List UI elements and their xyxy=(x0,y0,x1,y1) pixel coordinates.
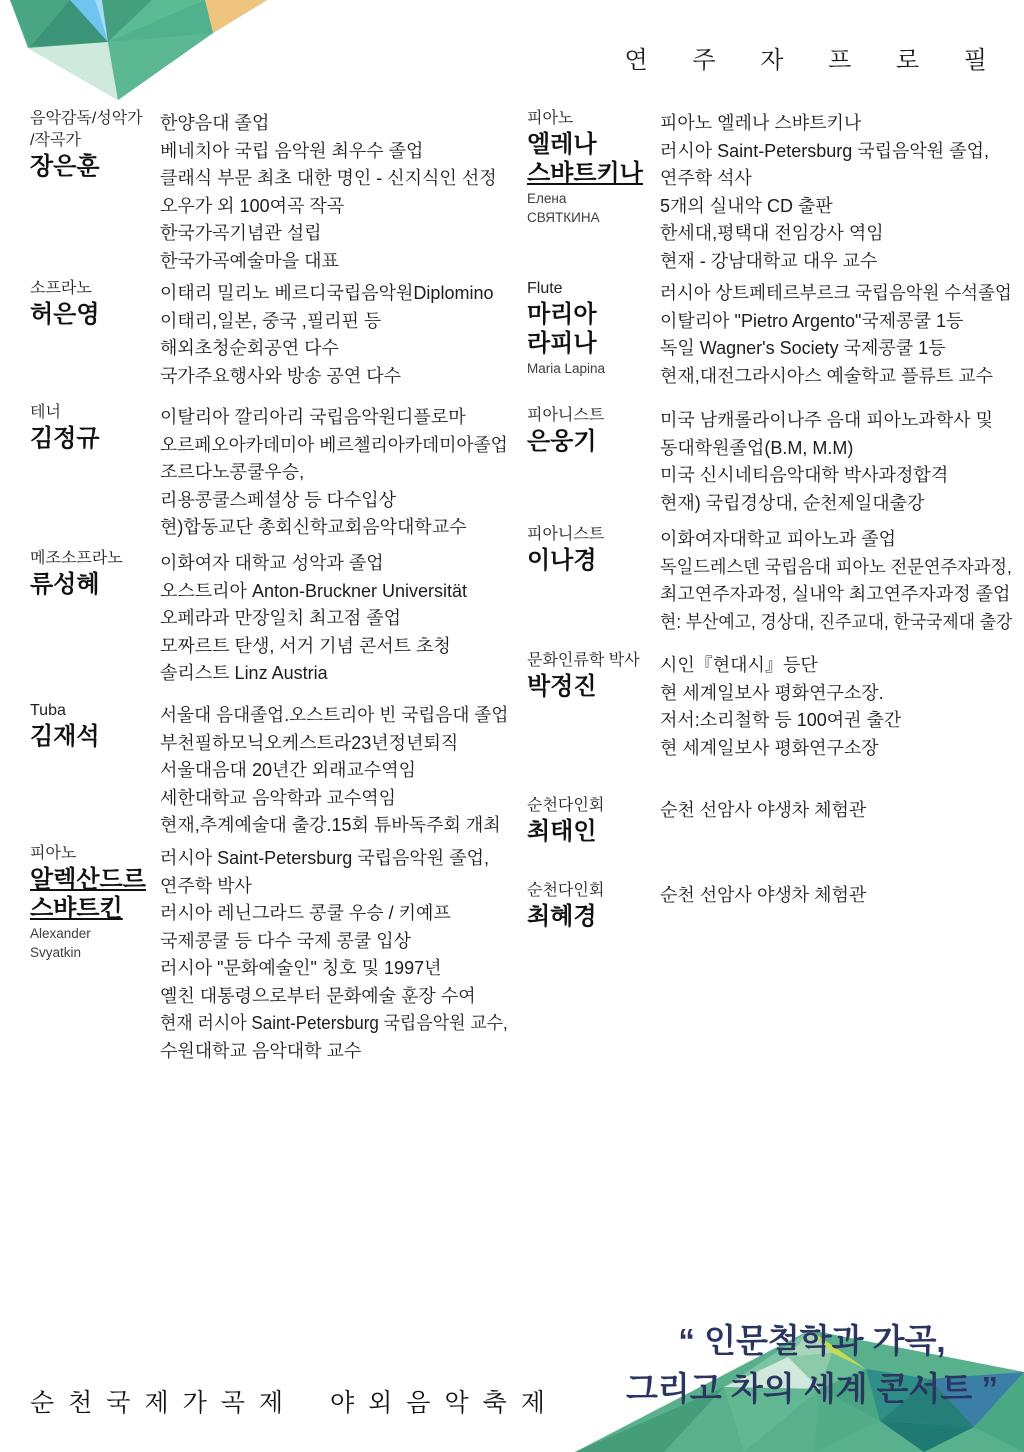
profile-header: 피아노엘레나스뱌트키나ЕленаСВЯТКИНА xyxy=(527,108,655,226)
profile-detail-line: 한세대,평택대 전임강사 역임 xyxy=(660,220,1012,248)
profile-detail-line: 러시아 "문화예술인" 칭호 및 1997년 xyxy=(160,955,508,983)
profile-detail-line: 독일드레스덴 국립음대 피아노 전문연주자과정, xyxy=(660,554,997,582)
profile-role: 순천다인회 xyxy=(527,880,655,902)
profile-detail-line: 부천필하모닉오케스트라23년정년퇴직 xyxy=(160,730,508,758)
profile-detail-line: 클래식 부문 최초 대한 명인 - 신지식인 선정 xyxy=(160,165,508,193)
profile-detail-line: 이태리 밀리노 베르디국립음악원Diplomino xyxy=(160,280,508,308)
profile-detail-line: 조르다노콩쿨우승, xyxy=(160,459,508,487)
profile-details: 이탈리아 깔리아리 국립음악원디플로마오르페오아카데미아 베르첼리아카데미아졸업… xyxy=(160,404,508,542)
profile-detail-line: 한국가곡기념관 설립 xyxy=(160,220,508,248)
profile-detail-line: 이탈리아 "Pietro Argento"국제콩쿨 1등 xyxy=(660,308,1012,336)
profile-detail-line: 최고연주자과정, 실내악 최고연주자과정 졸업 xyxy=(660,581,1012,609)
profile-detail-line: 현 세계일보사 평화연구소장. xyxy=(660,680,1012,708)
profile-detail-line: 오우가 외 100여곡 작곡 xyxy=(160,193,508,221)
profile-header: 문화인류학 박사박정진 xyxy=(527,650,655,701)
profile-name: 최태인 xyxy=(527,817,655,846)
profile-name: 박정진 xyxy=(527,672,655,701)
profile-header: 소프라노허은영 xyxy=(30,278,158,329)
profile-role: 순천다인회 xyxy=(527,795,655,817)
profile-detail-line: 현재 - 강남대학교 대우 교수 xyxy=(660,248,1012,276)
profile-name: 김재석 xyxy=(30,722,158,751)
profile-subname: Maria Lapina xyxy=(527,361,655,377)
profile-detail-line: 이화여자 대학교 성악과 졸업 xyxy=(160,550,508,578)
profile-detail-line: 수원대학교 음악대학 교수 xyxy=(160,1038,508,1066)
profile-detail-line: 세한대학교 음악학과 교수역임 xyxy=(160,785,508,813)
profile-detail-line: 동대학원졸업(B.M, M.M) xyxy=(660,435,1012,463)
profile-detail-line: 한국가곡예술마을 대표 xyxy=(160,248,508,276)
profile-detail-line: 현재,대전그라시아스 예술학교 플류트 교수 xyxy=(660,363,1012,391)
profile-role: Flute xyxy=(527,278,655,300)
profile-detail-line: 서울대 음대졸업.오스트리아 빈 국립음대 졸업 xyxy=(160,702,501,730)
profile-detail-line: 피아노 엘레나 스뱌트키나 xyxy=(660,110,1012,138)
profile-role: 문화인류학 박사 xyxy=(527,650,655,672)
profile-details: 이태리 밀리노 베르디국립음악원Diplomino이태리,일본, 중국 ,필리핀… xyxy=(160,280,508,390)
profile-details: 이화여자 대학교 성악과 졸업오스트리아 Anton-Bruckner Univ… xyxy=(160,550,508,688)
profile-details: 피아노 엘레나 스뱌트키나러시아 Saint-Petersburg 국립음악원 … xyxy=(660,110,1012,275)
profile-subname: СВЯТКИНА xyxy=(527,210,655,226)
profile-header: Flute마리아라피나Maria Lapina xyxy=(527,278,655,377)
profile-details: 이화여자대학교 피아노과 졸업독일드레스덴 국립음대 피아노 전문연주자과정,최… xyxy=(660,526,1012,636)
profile-detail-line: 연주학 박사 xyxy=(160,873,508,901)
profile-detail-line: 현재,추계예술대 출강.15회 튜바독주회 개최 xyxy=(160,812,508,840)
profile-detail-line: 순천 선암사 야생차 체험관 xyxy=(660,882,1012,910)
profile-role: 음악감독/성악가 xyxy=(30,108,158,130)
profile-detail-line: 현)합동교단 총회신학교회음악대학교수 xyxy=(160,514,508,542)
concert-quote-line2: 그리고 차의 세계 콘서트 ” xyxy=(600,1365,1024,1413)
profile-detail-line: 서울대음대 20년간 외래교수역임 xyxy=(160,757,508,785)
profile-role: 메조소프라노 xyxy=(30,548,158,570)
profile-role: 피아노 xyxy=(30,843,158,865)
profile-header: 피아니스트이나경 xyxy=(527,524,655,575)
profile-detail-line: 시인『현대시』등단 xyxy=(660,652,1012,680)
profile-name: 은웅기 xyxy=(527,427,655,456)
performer-profile-page: 연 주 자 프 로 필 음악감독/성악가/작곡가장은훈한양음대 졸업베네치아 국… xyxy=(0,0,1024,1452)
profile-role: 피아니스트 xyxy=(527,405,655,427)
profile-detail-line: 한양음대 졸업 xyxy=(160,110,508,138)
profile-detail-line: 러시아 레닌그라드 콩쿨 우승 / 키예프 xyxy=(160,900,508,928)
profile-header: 메조소프라노류성혜 xyxy=(30,548,158,599)
profile-details: 서울대 음대졸업.오스트리아 빈 국립음대 졸업부천필하모닉오케스트라23년정년… xyxy=(160,702,508,840)
profile-name: 라피나 xyxy=(527,329,655,358)
profile-detail-line: 5개의 실내악 CD 출판 xyxy=(660,193,1012,221)
profile-name: 스뱌트킨 xyxy=(30,894,158,923)
profile-subname: Елена xyxy=(527,191,655,207)
profile-detail-line: 국제콩쿨 등 다수 국제 콩쿨 입상 xyxy=(160,928,508,956)
profile-subname: Svyatkin xyxy=(30,945,158,961)
profile-detail-line: 이화여자대학교 피아노과 졸업 xyxy=(660,526,1012,554)
profile-details: 순천 선암사 야생차 체험관 xyxy=(660,797,1012,825)
profiles-column-right: 피아노엘레나스뱌트키나ЕленаСВЯТКИНА피아노 엘레나 스뱌트키나러시아… xyxy=(527,0,1017,1452)
profile-detail-line: 현: 부산예고, 경상대, 진주교대, 한국국제대 출강 xyxy=(660,609,990,637)
profile-header: 순천다인회최태인 xyxy=(527,795,655,846)
profile-detail-line: 저서:소리철학 등 100여권 출간 xyxy=(660,707,1012,735)
profile-role: 소프라노 xyxy=(30,278,158,300)
profile-detail-line: 솔리스트 Linz Austria xyxy=(160,660,508,688)
profile-name: 김정규 xyxy=(30,424,158,453)
profile-detail-line: 러시아 Saint-Petersburg 국립음악원 졸업, xyxy=(660,138,1012,166)
profile-detail-line: 미국 남캐롤라이나주 음대 피아노과학사 및 xyxy=(660,407,1012,435)
profile-name: 스뱌트키나 xyxy=(527,159,655,188)
profile-details: 러시아 Saint-Petersburg 국립음악원 졸업,연주학 박사러시아 … xyxy=(160,845,508,1065)
profile-detail-line: 리용콩쿨스페셜상 등 다수입상 xyxy=(160,487,508,515)
profile-name: 마리아 xyxy=(527,300,655,329)
profile-detail-line: 독일 Wagner's Society 국제콩쿨 1등 xyxy=(660,335,1012,363)
profile-role: Tuba xyxy=(30,700,158,722)
profile-header: 피아니스트은웅기 xyxy=(527,405,655,456)
profile-subname: Alexander xyxy=(30,926,158,942)
concert-quote-line1: “ 인문철학과 가곡, xyxy=(600,1317,1024,1365)
profile-header: 순천다인회최혜경 xyxy=(527,880,655,931)
profile-header: 음악감독/성악가/작곡가장은훈 xyxy=(30,108,158,181)
profile-name: 알렉산드르 xyxy=(30,865,158,894)
profile-header: 테너김정규 xyxy=(30,402,158,453)
profile-name: 최혜경 xyxy=(527,902,655,931)
profile-detail-line: 연주학 석사 xyxy=(660,165,1012,193)
profile-detail-line: 이탈리아 깔리아리 국립음악원디플로마 xyxy=(160,404,508,432)
profile-detail-line: 러시아 상트페테르부르크 국립음악원 수석졸업 xyxy=(660,280,1001,308)
profile-detail-line: 오페라과 만장일치 최고점 졸업 xyxy=(160,605,508,633)
profile-detail-line: 모짜르트 탄생, 서거 기념 콘서트 초청 xyxy=(160,633,508,661)
profile-header: Tuba김재석 xyxy=(30,700,158,751)
profile-details: 시인『현대시』등단현 세계일보사 평화연구소장.저서:소리철학 등 100여권 … xyxy=(660,652,1012,762)
profile-name: 장은훈 xyxy=(30,152,158,181)
profile-detail-line: 국가주요행사와 방송 공연 다수 xyxy=(160,363,508,391)
profile-detail-line: 현 세계일보사 평화연구소장 xyxy=(660,735,1012,763)
profile-details: 미국 남캐롤라이나주 음대 피아노과학사 및동대학원졸업(B.M, M.M)미국… xyxy=(660,407,1012,517)
profile-details: 러시아 상트페테르부르크 국립음악원 수석졸업이탈리아 "Pietro Arge… xyxy=(660,280,1012,390)
concert-quote: “ 인문철학과 가곡, 그리고 차의 세계 콘서트 ” xyxy=(600,1317,1024,1413)
profile-details: 한양음대 졸업베네치아 국립 음악원 최우수 졸업클래식 부문 최초 대한 명인… xyxy=(160,110,508,275)
profile-detail-line: 순천 선암사 야생차 체험관 xyxy=(660,797,1012,825)
profile-detail-line: 이태리,일본, 중국 ,필리핀 등 xyxy=(160,308,508,336)
profile-name: 이나경 xyxy=(527,546,655,575)
profile-detail-line: 옐친 대통령으로부터 문화예술 훈장 수여 xyxy=(160,983,508,1011)
festival-name: 순천국제가곡제 야외음악축제 xyxy=(30,1383,559,1419)
profiles-column-left: 음악감독/성악가/작곡가장은훈한양음대 졸업베네치아 국립 음악원 최우수 졸업… xyxy=(30,0,508,1452)
profile-header: 피아노알렉산드르스뱌트킨AlexanderSvyatkin xyxy=(30,843,158,961)
profile-detail-line: 현재 러시아 Saint-Petersburg 국립음악원 교수, xyxy=(160,1010,488,1038)
profile-detail-line: 현재) 국립경상대, 순천제일대출강 xyxy=(660,490,1012,518)
profile-name: 허은영 xyxy=(30,300,158,329)
profile-role: 테너 xyxy=(30,402,158,424)
profile-role: 피아노 xyxy=(527,108,655,130)
profile-detail-line: 러시아 Saint-Petersburg 국립음악원 졸업, xyxy=(160,845,508,873)
profile-detail-line: 오르페오아카데미아 베르첼리아카데미아졸업 xyxy=(160,432,503,460)
profile-detail-line: 베네치아 국립 음악원 최우수 졸업 xyxy=(160,138,508,166)
profile-detail-line: 미국 신시네티음악대학 박사과정합격 xyxy=(660,462,1012,490)
profile-name: 엘레나 xyxy=(527,130,655,159)
profile-detail-line: 해외초청순회공연 다수 xyxy=(160,335,508,363)
profile-details: 순천 선암사 야생차 체험관 xyxy=(660,882,1012,910)
profile-role: /작곡가 xyxy=(30,130,158,152)
profile-name: 류성혜 xyxy=(30,570,158,599)
profile-role: 피아니스트 xyxy=(527,524,655,546)
profile-detail-line: 오스트리아 Anton-Bruckner Universität xyxy=(160,578,508,606)
